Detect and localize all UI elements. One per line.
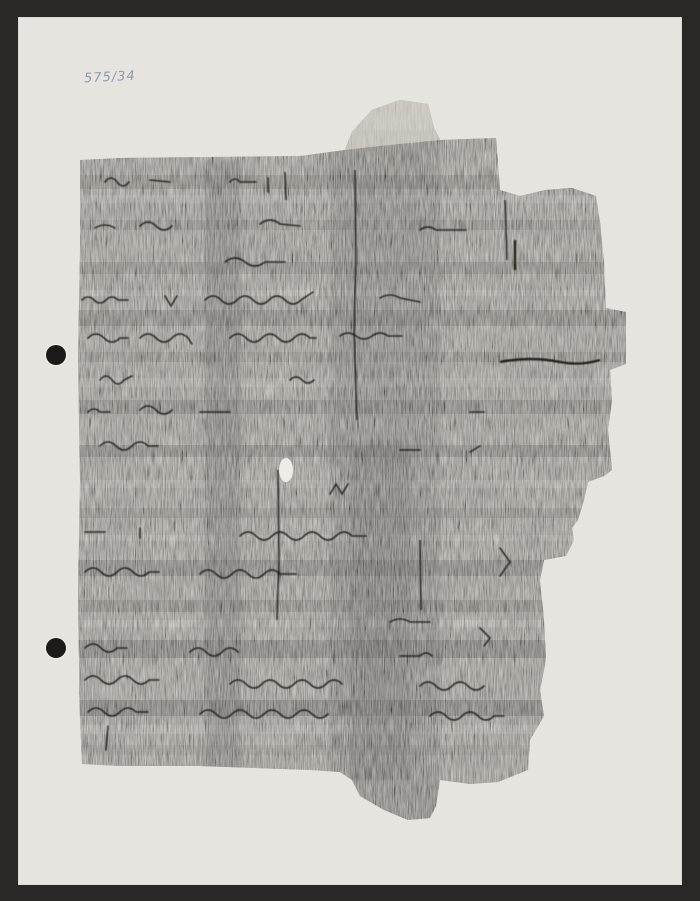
papyrus-fragment [0, 0, 700, 901]
papyrus-hole [279, 458, 293, 482]
